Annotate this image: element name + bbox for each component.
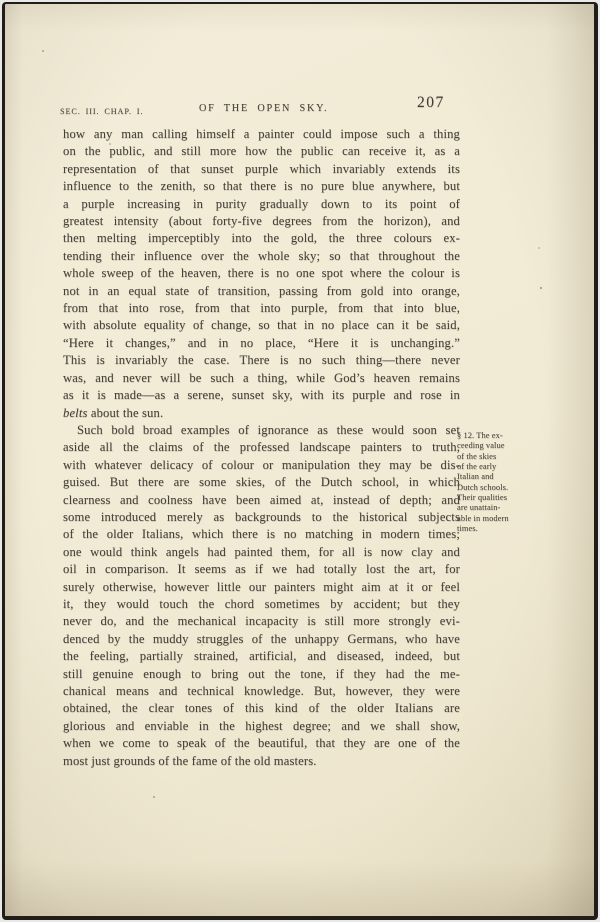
text-line: denced by the muddy struggles of the unh… — [63, 631, 460, 648]
margin-note: § 12. The ex-ceeding valueof the skiesof… — [457, 431, 537, 534]
text-line: on the public, and still more how the pu… — [63, 143, 460, 160]
text-line: still genuine enough to bring out the to… — [63, 666, 460, 683]
margin-note-line: ceeding value — [457, 441, 537, 451]
text-line: obtained, the clear tones of this kind o… — [63, 700, 460, 717]
paragraph-1-last-line-rest: about the sun. — [88, 406, 164, 420]
text-line: how any man calling himself a painter co… — [63, 126, 460, 143]
text-line: with absolute equality of change, so tha… — [63, 317, 460, 334]
running-title: OF THE OPEN SKY. — [199, 103, 328, 114]
body-text: how any man calling himself a painter co… — [63, 126, 460, 770]
text-line: never do, and the mechanical incapacity … — [63, 613, 460, 630]
margin-note-line: Dutch schools. — [457, 483, 537, 493]
text-line: a purple increasing in purity gradually … — [63, 196, 460, 213]
text-line: was, and never will be such a thing, whi… — [63, 370, 460, 387]
paragraph-1-last-line: belts about the sun. — [63, 405, 460, 422]
margin-note-line: Italian and — [457, 472, 537, 482]
text-line: influence to the zenith, so that there i… — [63, 178, 460, 195]
page-paper: SEC. III. CHAP. I. OF THE OPEN SKY. 207 … — [2, 2, 598, 920]
paper-specks — [5, 4, 7, 6]
margin-note-line: able in modern — [457, 514, 537, 524]
margin-note-line: of the skies — [457, 452, 537, 462]
text-line: This is invariably the case. There is no… — [63, 352, 460, 369]
text-line: whole sweep of the heaven, there is no o… — [63, 265, 460, 282]
text-line: guised. But there are some skies, of the… — [63, 474, 460, 491]
text-line: tending their influence over the whole s… — [63, 248, 460, 265]
running-head: SEC. III. CHAP. I. OF THE OPEN SKY. 207 — [5, 100, 594, 124]
margin-note-line: Their qualities — [457, 493, 537, 503]
text-line: aside all the claims of the professed la… — [63, 439, 460, 456]
text-line: then melting imperceptibly into the gold… — [63, 230, 460, 247]
italic-word: belts — [63, 406, 88, 420]
text-line: representation of that sunset purple whi… — [63, 161, 460, 178]
text-line: of the older Italians, which there is no… — [63, 526, 460, 543]
text-line: one would think angels had painted them,… — [63, 544, 460, 561]
scanned-book-page: SEC. III. CHAP. I. OF THE OPEN SKY. 207 … — [0, 0, 600, 922]
margin-note-line: times. — [457, 524, 537, 534]
text-line: most just grounds of the fame of the old… — [63, 753, 460, 770]
margin-note-line: are unattain- — [457, 503, 537, 513]
text-line: from that into rose, from that into purp… — [63, 300, 460, 317]
text-line: “Here it changes,” and in no place, “Her… — [63, 335, 460, 352]
margin-note-line: § 12. The ex- — [457, 431, 537, 441]
text-line: it, they would touch the chord sometimes… — [63, 596, 460, 613]
text-line: the feeling, partially strained, artific… — [63, 648, 460, 665]
paragraph-1: how any man calling himself a painter co… — [63, 126, 460, 405]
page-number: 207 — [417, 94, 445, 112]
text-line: as it is made—as a serene, sunset sky, w… — [63, 387, 460, 404]
margin-note-line: of the early — [457, 462, 537, 472]
paragraph-2: Such bold broad examples of ignorance as… — [63, 422, 460, 770]
text-line: not in an equal state of transition, pas… — [63, 283, 460, 300]
section-chapter-label: SEC. III. CHAP. I. — [60, 107, 143, 116]
text-line: clearness and coolness have been aimed a… — [63, 492, 460, 509]
text-line: Such bold broad examples of ignorance as… — [63, 422, 460, 439]
text-line: some introduced merely as backgrounds to… — [63, 509, 460, 526]
text-line: with whatever delicacy of colour or mani… — [63, 457, 460, 474]
text-line: when we come to speak of the beautiful, … — [63, 735, 460, 752]
text-line: greatest intensity (about forty-five deg… — [63, 213, 460, 230]
text-line: surely otherwise, however little our pai… — [63, 579, 460, 596]
text-line: glorious and enviable in the highest deg… — [63, 718, 460, 735]
text-line: oil in comparison. It seems as if we had… — [63, 561, 460, 578]
text-line: chanical means and technical knowledge. … — [63, 683, 460, 700]
